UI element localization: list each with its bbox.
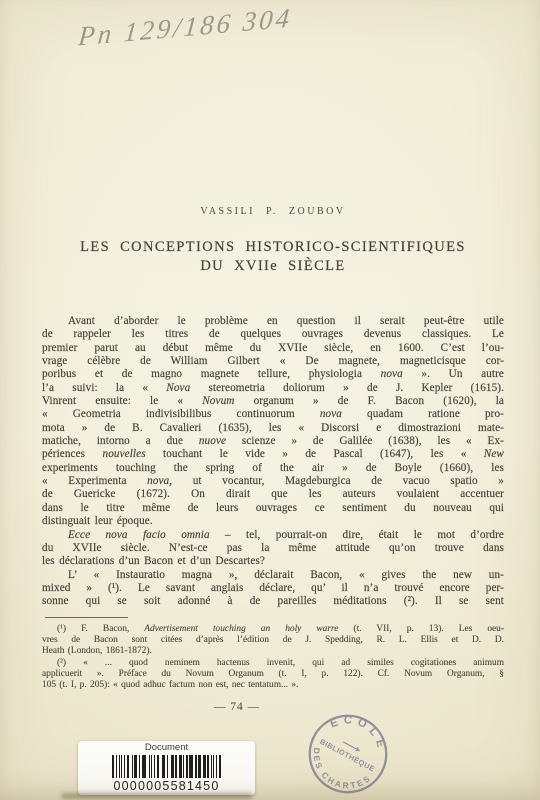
- text-line: applicuerit ». Préface du Novum Organum …: [42, 669, 504, 680]
- paragraph: Avant d’aborder le problème en question …: [42, 315, 504, 529]
- text-line: Ecce nova facio omnia – tel, pourrait-on…: [42, 529, 504, 542]
- text-line: poribus et de magno magnete tellure, phy…: [42, 368, 504, 381]
- text-line: premier parut au début même du XVIIe siè…: [42, 342, 504, 355]
- text-line: l’a suivi: la « Nova stereometria dolior…: [42, 382, 504, 395]
- text-line: vrage célèbre de William Gilbert « De ma…: [42, 355, 504, 368]
- handwritten-shelfmark: Pn 129/186 304: [77, 0, 339, 53]
- text-line: sonne qui se soit adonné à de pareilles …: [42, 595, 504, 608]
- footnote-rule: [45, 617, 128, 618]
- text-line: vres de Bacon sont citées d’après l’édit…: [42, 635, 504, 646]
- text-line: Avant d’aborder le problème en question …: [42, 315, 504, 328]
- paragraph: (²) « ... quod neminem hactenus invenit,…: [42, 658, 504, 692]
- article-title-line1: LES CONCEPTIONS HISTORICO-SCIENTIFIQUES: [42, 238, 504, 257]
- text-line: de rappeler les titres de quelques ouvra…: [42, 328, 504, 341]
- paragraph: (¹) F. Bacon, Advertisement touching an …: [42, 624, 504, 658]
- text-line: matiche, intorno a due nuove scienze » d…: [42, 435, 504, 448]
- barcode-label: Document 0000005581450: [78, 741, 255, 795]
- text-line: (²) « ... quod neminem hactenus invenit,…: [42, 658, 504, 669]
- text-line: Heath (London, 1861-1872).: [42, 646, 504, 657]
- text-line: dans le titre même de leurs ouvrages ce …: [42, 502, 504, 515]
- body-text: Avant d’aborder le problème en question …: [42, 315, 504, 609]
- article-title-line2: DU XVIIe SIÈCLE: [42, 257, 504, 276]
- text-line: les déclarations d’un Bacon et d’un Desc…: [42, 555, 504, 568]
- barcode-bars-icon: [91, 755, 243, 778]
- text-line: experiments touching the spring of the a…: [42, 462, 504, 475]
- text-line: mota » de B. Cavalieri (1635), les « Dis…: [42, 422, 504, 435]
- barcode-number: 0000005581450: [114, 780, 220, 793]
- text-line: L’ « Instauratio magna », déclarait Baco…: [42, 569, 504, 582]
- barcode-title: Document: [145, 743, 188, 753]
- author-name: VASSILI P. ZOUBOV: [42, 206, 504, 217]
- text-line: de Guericke (1672). On dirait que les au…: [42, 488, 504, 501]
- paragraph: L’ « Instauratio magna », déclarait Baco…: [42, 569, 504, 609]
- stamp-center-text: BIBLIOTHÈQUE: [318, 737, 376, 774]
- text-line: mixed » (¹). Le savant anglais déclare, …: [42, 582, 504, 595]
- text-line: « Geometria indivisibilibus continuorum …: [42, 408, 504, 421]
- label-shadow-smudge: [62, 793, 252, 799]
- paragraph: Ecce nova facio omnia – tel, pourrait-on…: [42, 529, 504, 569]
- text-line: (¹) F. Bacon, Advertisement touching an …: [42, 624, 504, 635]
- text-line: distinguait leur époque.: [42, 515, 504, 528]
- text-line: Vinrent ensuite: le « Novum organum » de…: [42, 395, 504, 408]
- text-line: « Experimenta nova, ut vocantur, Magdebu…: [42, 475, 504, 488]
- scanned-page: Pn 129/186 304 VASSILI P. ZOUBOV LES CON…: [0, 0, 540, 800]
- library-stamp: ECOLE DES CHARTES BIBLIOTHÈQUE: [297, 704, 399, 800]
- article-title: LES CONCEPTIONS HISTORICO-SCIENTIFIQUES …: [42, 238, 504, 275]
- text-line: périences nouvelles touchant le vide » d…: [42, 448, 504, 461]
- footnotes: (¹) F. Bacon, Advertisement touching an …: [42, 624, 504, 691]
- text-line: 105 (t. I, p. 205): « quod adhuc factum …: [42, 680, 504, 691]
- text-line: du XVIIe siècle. N’est-ce pas la même at…: [42, 542, 504, 555]
